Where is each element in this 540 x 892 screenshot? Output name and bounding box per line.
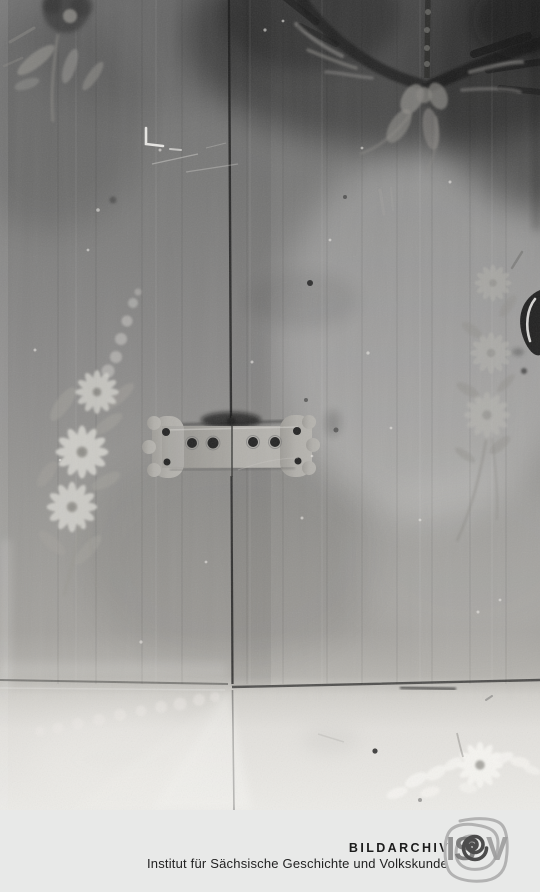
footer-band: BILDARCHIV Institut für Sächsische Gesch…	[0, 810, 540, 892]
isgv-logo: I S V	[440, 815, 512, 885]
logo-letter-v: V	[486, 830, 508, 867]
footer-text-block: BILDARCHIV Institut für Sächsische Gesch…	[147, 841, 448, 871]
archive-page: BILDARCHIV Institut für Sächsische Gesch…	[0, 0, 540, 892]
institute-name: Institut für Sächsische Geschichte und V…	[147, 856, 448, 871]
archive-label: BILDARCHIV	[147, 841, 450, 856]
archive-photograph	[0, 0, 540, 810]
film-grain-overlay	[0, 0, 540, 810]
